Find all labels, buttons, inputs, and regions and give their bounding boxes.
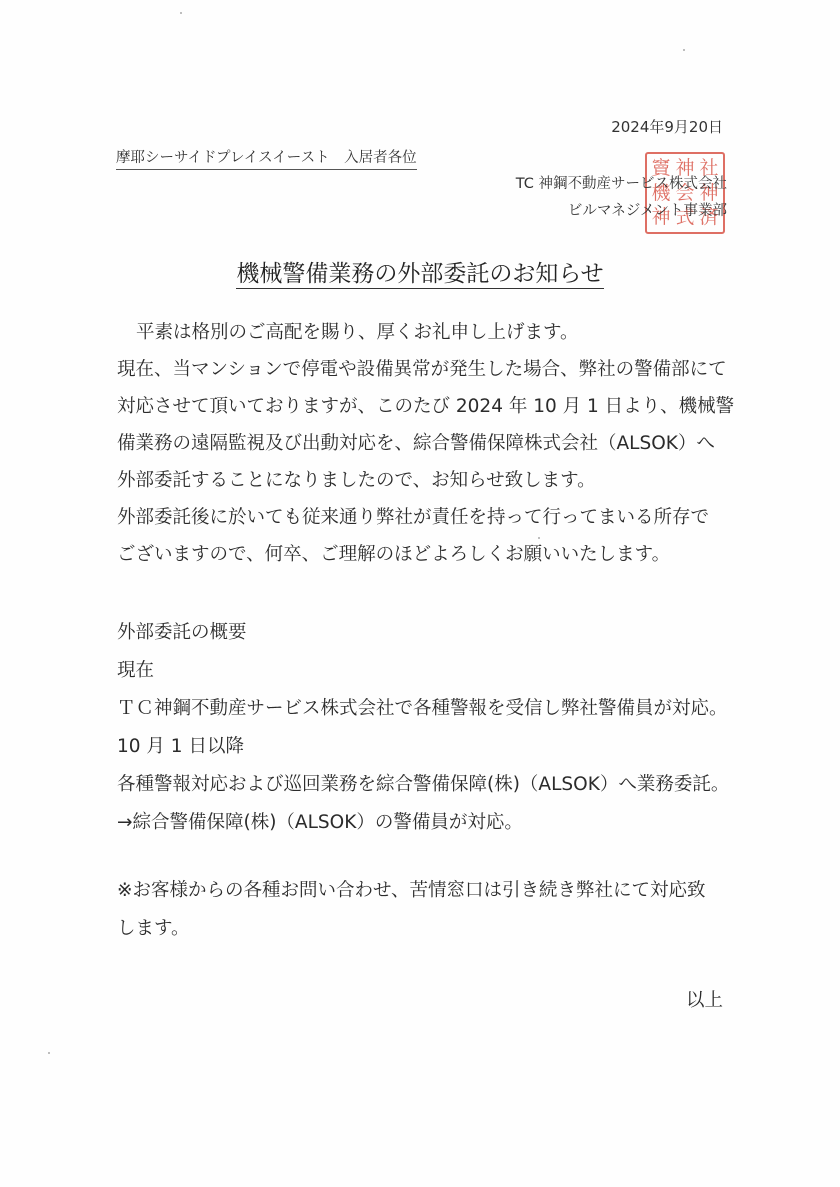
company-seal-stamp: 竇 神 社 機 会 神 神 式 済	[645, 152, 725, 234]
scan-speck	[180, 12, 182, 14]
body-line: 現在、当マンションで停電や設備異常が発生した場合、弊社の警備部にて	[117, 351, 737, 388]
summary-heading: 外部委託の概要	[117, 614, 757, 652]
document-date: 2024年9月20日	[611, 116, 723, 137]
body-line: ございますので、何卒、ご理解のほどよろしくお願いいたします。	[117, 536, 737, 573]
summary-after-label: 10 月 1 日以降	[117, 728, 757, 766]
closing-mark: 以上	[686, 986, 723, 1012]
outsourcing-summary: 外部委託の概要 現在 ＴＣ神鋼不動産サービス株式会社で各種警報を受信し弊社警備員…	[117, 614, 757, 842]
document-page: 2024年9月20日 摩耶シーサイドプレイスイースト 入居者各位 竇 神 社 機…	[0, 0, 840, 1187]
body-line: 対応させて頂いておりますが、このたび 2024 年 10 月 1 日より、機械警	[117, 388, 737, 425]
summary-current-label: 現在	[117, 652, 757, 690]
summary-after-text: 各種警報対応および巡回業務を綜合警備保障(株)（ALSOK）へ業務委託。	[117, 766, 757, 804]
contact-note: ※お客様からの各種お問い合わせ、苦情窓口は引き続き弊社にて対応致 します。	[117, 872, 757, 948]
scan-speck	[683, 49, 685, 51]
body-line: 外部委託後に於いても従来通り弊社が責任を持って行ってまいる所存で	[117, 499, 737, 536]
note-line: します。	[117, 910, 757, 948]
recipient-line: 摩耶シーサイドプレイスイースト 入居者各位	[116, 146, 417, 170]
body-text: 平素は格別のご高配を賜り、厚くお礼申し上げます。 現在、当マンションで停電や設備…	[117, 314, 737, 573]
summary-current-text: ＴＣ神鋼不動産サービス株式会社で各種警報を受信し弊社警備員が対応。	[117, 690, 757, 728]
body-line: 外部委託することになりましたので、お知らせ致します。	[117, 462, 737, 499]
summary-after-result: →綜合警備保障(株)（ALSOK）の警備員が対応。	[117, 804, 757, 842]
scan-speck	[48, 1052, 50, 1054]
sender-department: ビルマネジメント事業部	[568, 199, 727, 220]
note-line: ※お客様からの各種お問い合わせ、苦情窓口は引き続き弊社にて対応致	[117, 872, 757, 910]
document-title: 機械警備業務の外部委託のお知らせ	[0, 255, 840, 288]
body-line: 平素は格別のご高配を賜り、厚くお礼申し上げます。	[117, 314, 737, 351]
sender-company: TC 神鋼不動産サービス株式会社	[516, 172, 727, 193]
body-line: 備業務の遠隔監視及び出動対応を、綜合警備保障株式会社（ALSOK）へ	[117, 425, 737, 462]
document-title-text: 機械警備業務の外部委託のお知らせ	[236, 261, 603, 289]
